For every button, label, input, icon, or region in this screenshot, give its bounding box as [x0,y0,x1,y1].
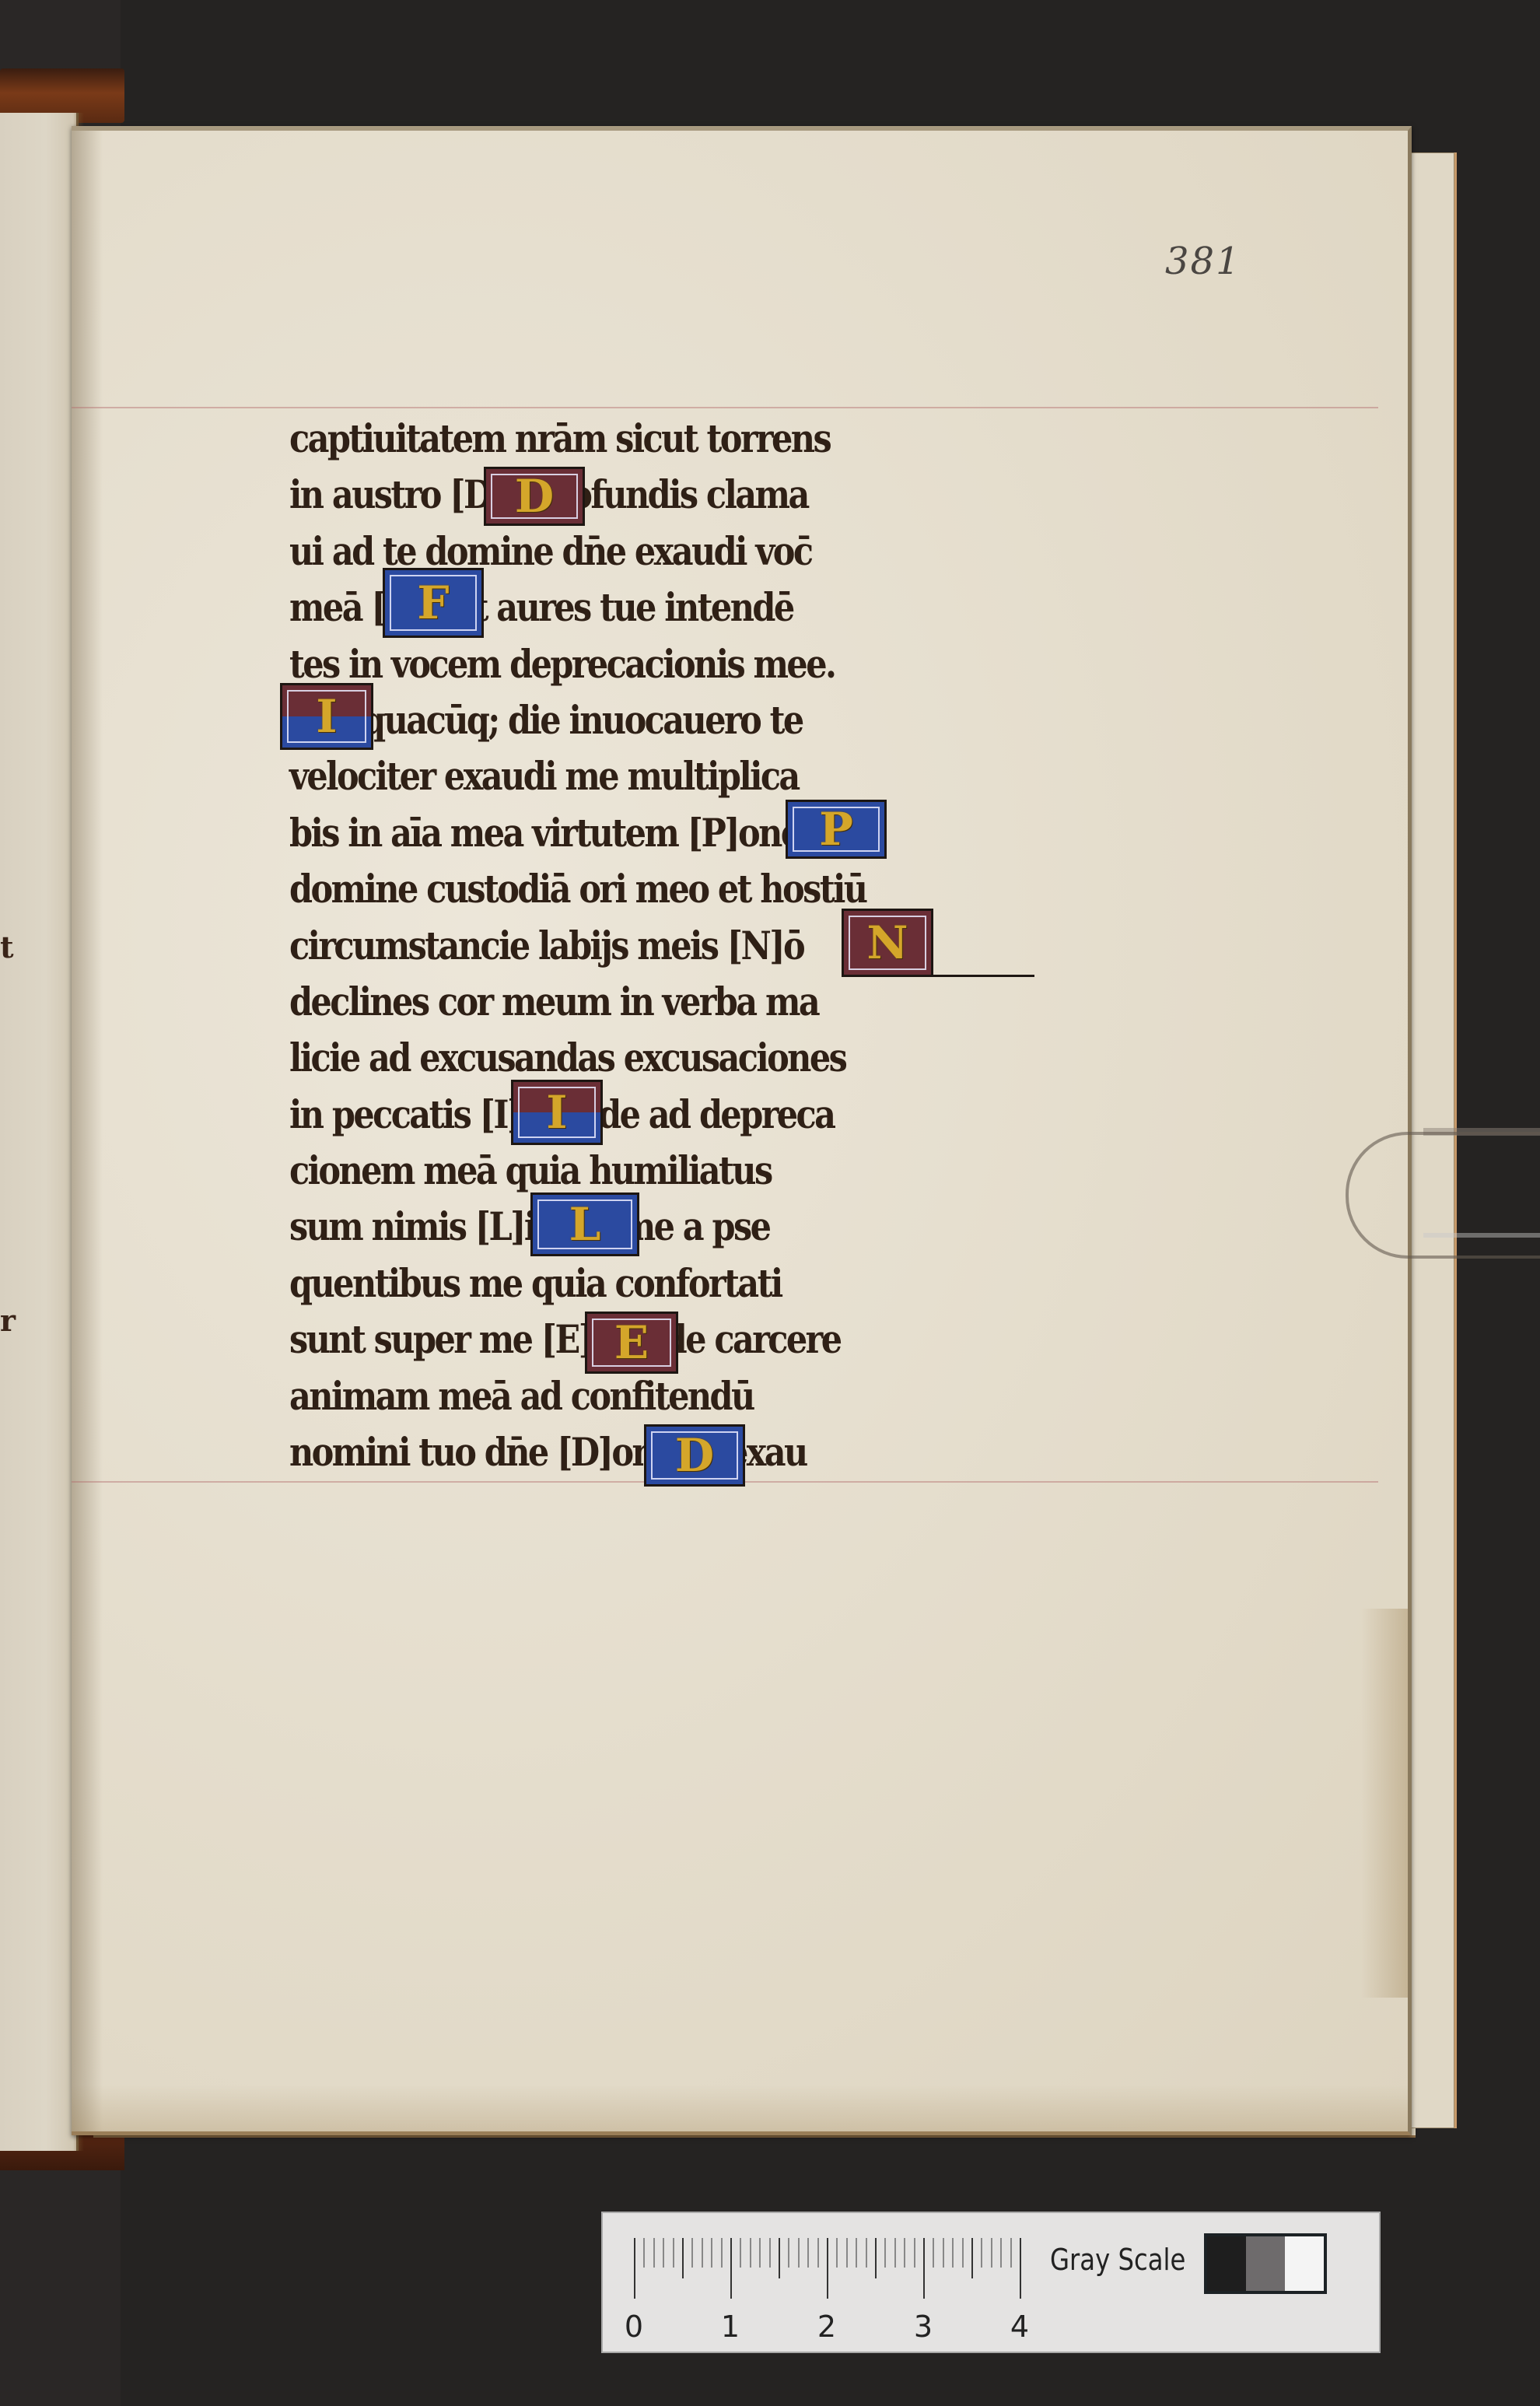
text-line: tes in vocem deprecacionis mee. [289,636,958,692]
ruler-label: 1 [721,2310,740,2344]
metric-ruler: 0 1 2 3 4 [634,2238,1031,2324]
text-line: velociter exaudi me multiplica [289,748,958,804]
ruler-tick [730,2238,732,2299]
illuminated-initial-f: F [383,568,484,638]
ruler-label: 3 [914,2310,933,2344]
ruler-tick [894,2238,896,2268]
text-line: quentibus me quia confortati [289,1256,958,1312]
ruler-tick [653,2238,655,2268]
ruler-tick [875,2238,877,2278]
grayscale-patch-gray [1246,2236,1285,2291]
ruler-tick [962,2238,964,2268]
page-clip [1346,1132,1540,1259]
ruler-tick [904,2238,905,2268]
ruler-tick [779,2238,780,2278]
illuminated-initial-p: P [786,800,887,859]
ruler-tick [991,2238,992,2268]
ruler-tick [702,2238,703,2268]
illuminated-initial-i: I [280,683,373,750]
ruler-tick [884,2238,886,2268]
ruler-tick [1010,2238,1012,2268]
text-line: nomini tuo dn̄e [D]omine exau [289,1424,958,1480]
ruler-tick [856,2238,857,2268]
left-page-verso: t r [0,113,79,2151]
illuminated-initial-i-2: I [511,1080,603,1145]
illuminated-initial-l: L [530,1192,639,1256]
ruler-label: 4 [1010,2310,1029,2344]
ruler-tick [981,2238,982,2268]
ruler-label: 2 [817,2310,836,2344]
ruler-tick [1020,2238,1021,2299]
grayscale-patch-white [1285,2236,1324,2291]
text-line: declines cor meum in verba ma [289,974,958,1030]
ruler-tick [788,2238,789,2268]
left-page-fragment: r [0,1303,16,1338]
ruler-tick [769,2238,771,2268]
ruler-tick [740,2238,741,2268]
foliation-number: 381 [1165,240,1241,283]
ruler-tick [691,2238,693,2268]
text-line: licie ad excusandas excusaciones [289,1030,958,1086]
ruler-tick [759,2238,761,2268]
pen-flourish [933,975,1034,977]
text-line: in peccatis [I]ntende ad depreca [289,1087,958,1143]
ruling-line-top [72,407,1378,408]
text-line: captiuitatem nrām sicut torrens [289,411,958,467]
ruler-tick [836,2238,838,2268]
ruler-tick [943,2238,944,2268]
ruler-tick [711,2238,712,2268]
left-page-fragment: t [0,930,14,965]
ruler-tick [634,2238,635,2299]
ruler-tick [798,2238,800,2268]
ruler-tick [952,2238,954,2268]
grayscale-label: Gray Scale [1050,2243,1185,2277]
ruler-tick [846,2238,848,2268]
ruler-tick [866,2238,867,2268]
edge-stain [72,2085,1408,2131]
scale-target-card: 0 1 2 3 4 Gray Scale [601,2212,1381,2353]
manuscript-folio-recto: 381 captiuitatem nrām sicut torrens in a… [72,126,1412,2135]
ruler-tick [750,2238,751,2268]
ruler-tick [663,2238,664,2268]
illuminated-initial-e: E [585,1312,678,1374]
ruler-tick [827,2238,828,2299]
text-line: animam meā ad confitendū [289,1368,958,1424]
ruler-tick [673,2238,674,2268]
ruler-tick [933,2238,934,2268]
ruler-label: 0 [625,2310,643,2344]
gutter-shadow [72,131,103,2131]
ruler-tick [1000,2238,1002,2268]
ruler-tick [914,2238,915,2268]
edge-stain [1361,1609,1408,1998]
text-line: cionem meā quia humiliatus [289,1143,958,1199]
ruler-tick [682,2238,684,2278]
ruler-tick [807,2238,809,2268]
text-line: in austro [D]e profundis clama [289,467,958,523]
bookmark-band [1423,1233,1540,1238]
grayscale-swatch [1204,2233,1327,2294]
illuminated-initial-n: N [842,909,933,977]
ruler-tick [971,2238,973,2278]
ruler-tick [721,2238,723,2268]
ruler-tick [817,2238,819,2268]
grayscale-patch-black [1207,2236,1246,2291]
ruler-tick [643,2238,645,2268]
ruler-tick [923,2238,925,2299]
illuminated-initial-d: D [484,467,585,526]
text-line: [I]n quacūq; die inuocauero te [289,692,958,748]
illuminated-initial-d-2: D [644,1424,745,1487]
